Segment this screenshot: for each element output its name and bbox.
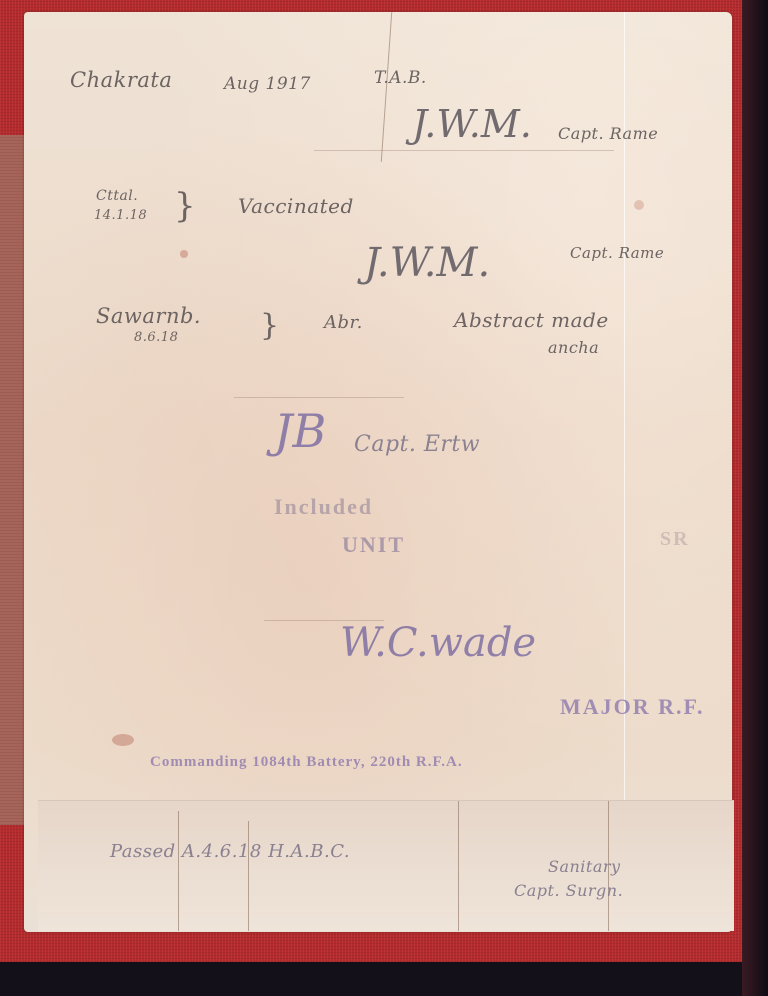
fold-line [314,150,614,151]
entry-3-note2: Abstract made [454,308,609,332]
officer-signature: W.C.wade [340,620,536,666]
brace-icon: } [260,308,279,343]
document-page: Chakrata Aug 1917 T.A.B. J.W.M. Capt. Ra… [24,12,732,932]
bottom-note-line1: Passed A.4.6.18 H.A.B.C. [110,841,350,862]
entry-1-title: Capt. Rame [558,124,658,143]
rank-stamp: MAJOR R.F. [560,694,704,720]
page-crack [458,801,459,931]
bottom-note-line3: Capt. Surgn. [514,881,623,900]
unit-stamp: UNIT [342,532,405,558]
ink-stain [180,250,188,258]
ink-stain [112,734,134,746]
entry-2-title: Capt. Rame [570,244,664,262]
background-shadow [742,0,768,996]
entry-1-place: Chakrata [70,68,172,92]
unit-stamp-tail: SR [660,528,690,551]
torn-lower-strip: Passed A.4.6.18 H.A.B.C. Sanitary Capt. … [38,800,734,931]
capt-note: Capt. Ertw [354,432,480,457]
ink-stain [634,200,644,210]
entry-1-signature: J.W.M. [412,102,532,146]
included-stamp: Included [274,494,373,520]
entry-3-place: Sawarnb. [96,304,201,328]
entry-1-initials: T.A.B. [374,68,427,88]
fold-line [234,397,404,398]
entry-2-place: Cttal. [96,188,138,204]
entry-2-signature: J.W.M. [364,240,490,286]
entry-3-note3: ancha [548,338,599,357]
entry-3-date: 8.6.18 [134,330,178,345]
page-crack [178,811,179,931]
brace-icon: } [174,186,196,226]
entry-3-note: Abr. [324,312,363,333]
initials-mark: JB [274,404,326,458]
page-crack [248,821,249,931]
entry-2-note: Vaccinated [238,194,354,218]
entry-2-date: 14.1.18 [94,208,147,223]
battery-stamp: Commanding 1084th Battery, 220th R.F.A. [150,754,463,771]
bottom-note-line2: Sanitary [548,857,621,876]
entry-1-date: Aug 1917 [224,74,311,94]
